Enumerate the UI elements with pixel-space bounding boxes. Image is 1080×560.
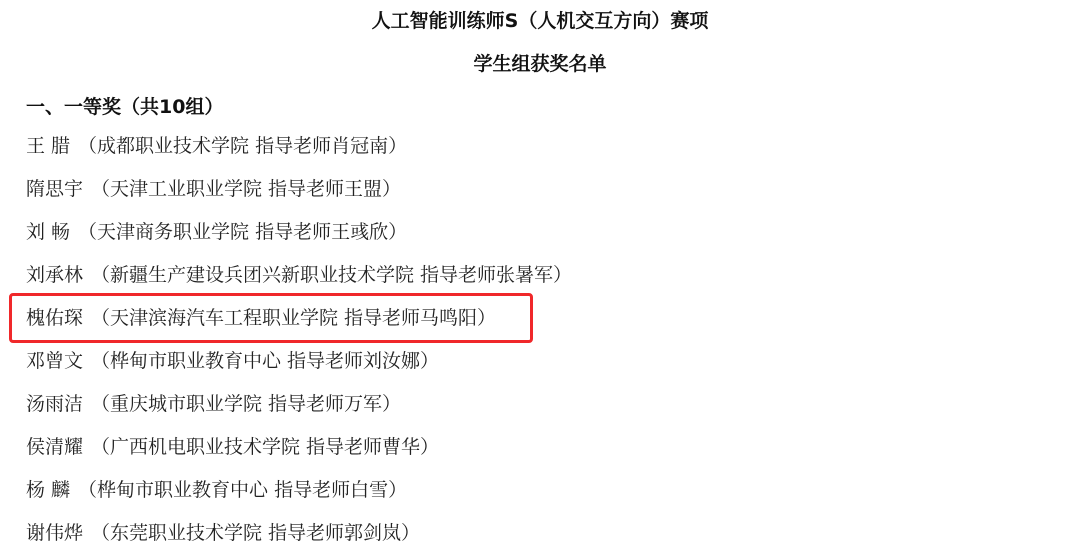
winner-school-advisor: （东莞职业技术学院 指导老师郭剑岚） — [91, 518, 420, 548]
winner-name: 刘 畅 — [26, 217, 70, 247]
winner-row: 杨 麟（桦甸市职业教育中心 指导老师白雪） — [26, 475, 407, 505]
winner-school-advisor: （桦甸市职业教育中心 指导老师白雪） — [78, 475, 407, 505]
winner-row: 隋思宇（天津工业职业学院 指导老师王盟） — [26, 174, 401, 204]
winner-row: 汤雨洁（重庆城市职业学院 指导老师万军） — [26, 389, 401, 419]
winner-row: 邓曾文（桦甸市职业教育中心 指导老师刘汝娜） — [26, 346, 439, 376]
winner-school-advisor: （天津滨海汽车工程职业学院 指导老师马鸣阳） — [91, 303, 496, 333]
winner-row: 刘 畅（天津商务职业学院 指导老师王彧欣） — [26, 217, 407, 247]
winner-name: 谢伟烨 — [26, 518, 83, 548]
section-heading-first-prize: 一、一等奖（共10组） — [26, 92, 223, 119]
winner-row-highlighted: 槐佑琛（天津滨海汽车工程职业学院 指导老师马鸣阳） — [26, 303, 496, 333]
winner-name: 槐佑琛 — [26, 303, 83, 333]
winner-row: 刘承林（新疆生产建设兵团兴新职业技术学院 指导老师张暑军） — [26, 260, 572, 290]
winner-row: 侯清耀（广西机电职业技术学院 指导老师曹华） — [26, 432, 439, 462]
winner-name: 侯清耀 — [26, 432, 83, 462]
winner-school-advisor: （重庆城市职业学院 指导老师万军） — [91, 389, 401, 419]
winner-name: 隋思宇 — [26, 174, 83, 204]
winner-name: 王 腊 — [26, 131, 70, 161]
winner-school-advisor: （成都职业技术学院 指导老师肖冠南） — [78, 131, 407, 161]
winner-school-advisor: （天津工业职业学院 指导老师王盟） — [91, 174, 401, 204]
winner-school-advisor: （天津商务职业学院 指导老师王彧欣） — [78, 217, 407, 247]
winner-row: 王 腊（成都职业技术学院 指导老师肖冠南） — [26, 131, 407, 161]
winner-row: 谢伟烨（东莞职业技术学院 指导老师郭剑岚） — [26, 518, 420, 548]
document-title: 人工智能训练师S（人机交互方向）赛项 — [0, 6, 1080, 33]
winner-name: 汤雨洁 — [26, 389, 83, 419]
winner-school-advisor: （桦甸市职业教育中心 指导老师刘汝娜） — [91, 346, 439, 376]
winner-school-advisor: （新疆生产建设兵团兴新职业技术学院 指导老师张暑军） — [91, 260, 572, 290]
winner-name: 杨 麟 — [26, 475, 70, 505]
winner-name: 刘承林 — [26, 260, 83, 290]
winner-school-advisor: （广西机电职业技术学院 指导老师曹华） — [91, 432, 439, 462]
winner-name: 邓曾文 — [26, 346, 83, 376]
document-subtitle: 学生组获奖名单 — [0, 49, 1080, 76]
